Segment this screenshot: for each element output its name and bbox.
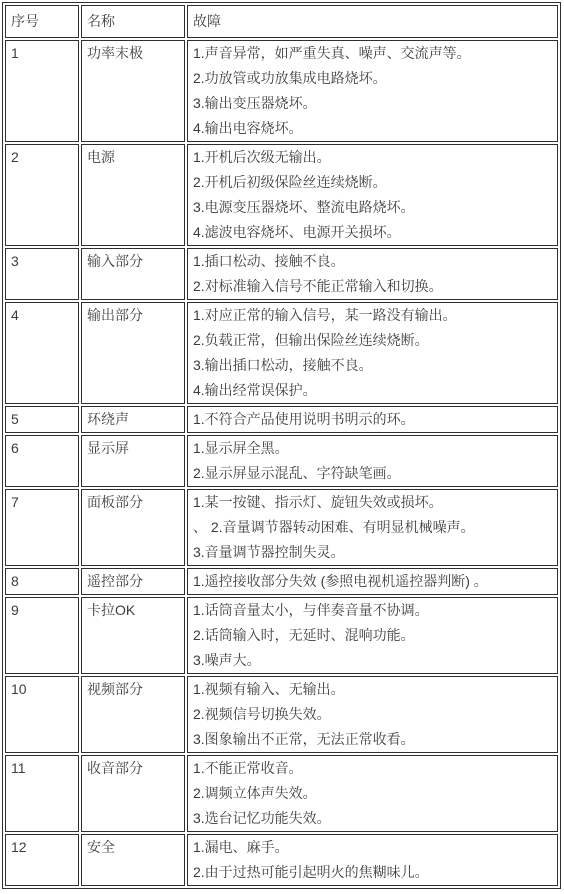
fault-line: 2.功放管或功放集成电路烧坏。 bbox=[193, 69, 552, 88]
serial-number-cell: 11 bbox=[5, 755, 79, 832]
fault-line: 2.调频立体声失效。 bbox=[193, 784, 552, 803]
fault-line: 3.输出插口松动，接触不良。 bbox=[193, 356, 552, 375]
fault-line: 2.开机后初级保险丝连续烧断。 bbox=[193, 173, 552, 192]
component-name-cell: 视频部分 bbox=[81, 676, 185, 753]
faults-cell: 1.插口松动、接触不良。2.对标准输入信号不能正常输入和切换。 bbox=[187, 248, 558, 300]
serial-number-cell: 10 bbox=[5, 676, 79, 753]
fault-line: 1.不能正常收音。 bbox=[193, 759, 552, 778]
table-row: 7 面板部分 1.某一按键、指示灯、旋钮失效或损坏。、 2.音量调节器转动困难、… bbox=[5, 489, 558, 566]
fault-line: 1.插口松动、接触不良。 bbox=[193, 252, 552, 271]
fault-line: 3.噪声大。 bbox=[193, 651, 552, 670]
faults-cell: 1.漏电、麻手。2.由于过热可能引起明火的焦糊味儿。 bbox=[187, 834, 558, 886]
component-name-cell: 环绕声 bbox=[81, 406, 185, 433]
serial-number-text: 12 bbox=[11, 839, 27, 855]
serial-number-text: 8 bbox=[11, 573, 19, 589]
component-name-text: 环绕声 bbox=[87, 411, 129, 427]
serial-number-text: 9 bbox=[11, 602, 19, 618]
serial-number-cell: 8 bbox=[5, 568, 79, 595]
serial-number-text: 6 bbox=[11, 440, 19, 456]
fault-line: 3.图象输出不正常，无法正常收看。 bbox=[193, 730, 552, 749]
component-name-text: 面板部分 bbox=[87, 494, 143, 510]
table-row: 1 功率末极 1.声音异常，如严重失真、噪声、交流声等。2.功放管或功放集成电路… bbox=[5, 40, 558, 142]
component-name-cell: 电源 bbox=[81, 144, 185, 246]
component-name-text: 安全 bbox=[87, 839, 115, 855]
faults-cell: 1.话筒音量太小，与伴奏音量不协调。2.话筒输入时，无延时、混响功能。3.噪声大… bbox=[187, 597, 558, 674]
fault-line: 2.显示屏显示混乱、字符缺笔画。 bbox=[193, 464, 552, 483]
fault-line: 1.漏电、麻手。 bbox=[193, 838, 552, 857]
serial-number-cell: 1 bbox=[5, 40, 79, 142]
header-name: 名称 bbox=[81, 5, 185, 38]
fault-line: 1.开机后次级无输出。 bbox=[193, 148, 552, 167]
fault-line: 3.音量调节器控制失灵。 bbox=[193, 543, 552, 562]
table-row: 3 输入部分 1.插口松动、接触不良。2.对标准输入信号不能正常输入和切换。 bbox=[5, 248, 558, 300]
fault-line: 3.电源变压器烧坏、整流电路烧坏。 bbox=[193, 198, 552, 217]
component-name-text: 视频部分 bbox=[87, 681, 143, 697]
component-name-cell: 面板部分 bbox=[81, 489, 185, 566]
serial-number-text: 2 bbox=[11, 149, 19, 165]
fault-line: 1.对应正常的输入信号，某一路没有输出。 bbox=[193, 306, 552, 325]
faults-cell: 1.显示屏全黑。2.显示屏显示混乱、字符缺笔画。 bbox=[187, 435, 558, 487]
faults-cell: 1.声音异常，如严重失真、噪声、交流声等。2.功放管或功放集成电路烧坏。3.输出… bbox=[187, 40, 558, 142]
serial-number-cell: 12 bbox=[5, 834, 79, 886]
page: 序号 名称 故障 1 功率末极 1.声音异常，如严重失真、噪声、交流声等。2.功… bbox=[0, 0, 564, 894]
fault-line: 2.视频信号切换失效。 bbox=[193, 705, 552, 724]
table-row: 4 输出部分 1.对应正常的输入信号，某一路没有输出。2.负载正常，但输出保险丝… bbox=[5, 302, 558, 404]
serial-number-text: 5 bbox=[11, 411, 19, 427]
component-name-text: 输出部分 bbox=[87, 307, 143, 323]
serial-number-cell: 4 bbox=[5, 302, 79, 404]
faults-cell: 1.不能正常收音。2.调频立体声失效。3.选台记忆功能失效。 bbox=[187, 755, 558, 832]
table-body: 1 功率末极 1.声音异常，如严重失真、噪声、交流声等。2.功放管或功放集成电路… bbox=[5, 40, 558, 886]
faults-cell: 1.开机后次级无输出。2.开机后初级保险丝连续烧断。3.电源变压器烧坏、整流电路… bbox=[187, 144, 558, 246]
table-row: 6 显示屏 1.显示屏全黑。2.显示屏显示混乱、字符缺笔画。 bbox=[5, 435, 558, 487]
table-row: 2 电源 1.开机后次级无输出。2.开机后初级保险丝连续烧断。3.电源变压器烧坏… bbox=[5, 144, 558, 246]
component-name-cell: 安全 bbox=[81, 834, 185, 886]
table-row: 12 安全 1.漏电、麻手。2.由于过热可能引起明火的焦糊味儿。 bbox=[5, 834, 558, 886]
fault-table: 序号 名称 故障 1 功率末极 1.声音异常，如严重失真、噪声、交流声等。2.功… bbox=[2, 2, 561, 889]
serial-number-text: 10 bbox=[11, 681, 27, 697]
component-name-text: 显示屏 bbox=[87, 440, 129, 456]
serial-number-cell: 2 bbox=[5, 144, 79, 246]
component-name-text: 电源 bbox=[87, 149, 115, 165]
table-row: 10 视频部分 1.视频有输入、无输出。2.视频信号切换失效。3.图象输出不正常… bbox=[5, 676, 558, 753]
serial-number-text: 7 bbox=[11, 494, 19, 510]
fault-line: 1.显示屏全黑。 bbox=[193, 439, 552, 458]
faults-cell: 1.遥控接收部分失效 (参照电视机遥控器判断) 。 bbox=[187, 568, 558, 595]
fault-line: 1.遥控接收部分失效 (参照电视机遥控器判断) 。 bbox=[193, 572, 552, 591]
table-row: 5 环绕声 1.不符合产品使用说明书明示的环。 bbox=[5, 406, 558, 433]
fault-line: 2.对标准输入信号不能正常输入和切换。 bbox=[193, 277, 552, 296]
table-row: 11 收音部分 1.不能正常收音。2.调频立体声失效。3.选台记忆功能失效。 bbox=[5, 755, 558, 832]
fault-line: 4.输出经常误保护。 bbox=[193, 381, 552, 400]
serial-number-text: 3 bbox=[11, 253, 19, 269]
component-name-cell: 显示屏 bbox=[81, 435, 185, 487]
serial-number-cell: 9 bbox=[5, 597, 79, 674]
fault-line: 1.话筒音量太小，与伴奏音量不协调。 bbox=[193, 601, 552, 620]
component-name-cell: 输入部分 bbox=[81, 248, 185, 300]
component-name-cell: 收音部分 bbox=[81, 755, 185, 832]
fault-line: 1.某一按键、指示灯、旋钮失效或损坏。 bbox=[193, 493, 552, 512]
faults-cell: 1.视频有输入、无输出。2.视频信号切换失效。3.图象输出不正常，无法正常收看。 bbox=[187, 676, 558, 753]
component-name-text: 收音部分 bbox=[87, 760, 143, 776]
component-name-text: 输入部分 bbox=[87, 253, 143, 269]
fault-line: 2.话筒输入时，无延时、混响功能。 bbox=[193, 626, 552, 645]
fault-line: 1.声音异常，如严重失真、噪声、交流声等。 bbox=[193, 44, 552, 63]
faults-cell: 1.某一按键、指示灯、旋钮失效或损坏。、 2.音量调节器转动困难、有明显机械噪声… bbox=[187, 489, 558, 566]
serial-number-text: 1 bbox=[11, 45, 19, 61]
component-name-cell: 遥控部分 bbox=[81, 568, 185, 595]
fault-line: 4.输出电容烧坏。 bbox=[193, 119, 552, 138]
component-name-cell: 卡拉OK bbox=[81, 597, 185, 674]
component-name-cell: 输出部分 bbox=[81, 302, 185, 404]
fault-line: 4.滤波电容烧坏、电源开关损坏。 bbox=[193, 223, 552, 242]
fault-line: 、 2.音量调节器转动困难、有明显机械噪声。 bbox=[193, 518, 552, 537]
component-name-cell: 功率末极 bbox=[81, 40, 185, 142]
faults-cell: 1.对应正常的输入信号，某一路没有输出。2.负载正常，但输出保险丝连续烧断。3.… bbox=[187, 302, 558, 404]
component-name-text: 功率末极 bbox=[87, 45, 143, 61]
serial-number-cell: 6 bbox=[5, 435, 79, 487]
table-row: 9 卡拉OK 1.话筒音量太小，与伴奏音量不协调。2.话筒输入时，无延时、混响功… bbox=[5, 597, 558, 674]
serial-number-cell: 5 bbox=[5, 406, 79, 433]
fault-line: 2.负载正常，但输出保险丝连续烧断。 bbox=[193, 331, 552, 350]
fault-line: 1.不符合产品使用说明书明示的环。 bbox=[193, 410, 552, 429]
header-fault: 故障 bbox=[187, 5, 558, 38]
fault-line: 3.输出变压器烧坏。 bbox=[193, 94, 552, 113]
serial-number-cell: 3 bbox=[5, 248, 79, 300]
serial-number-cell: 7 bbox=[5, 489, 79, 566]
table-row: 8 遥控部分 1.遥控接收部分失效 (参照电视机遥控器判断) 。 bbox=[5, 568, 558, 595]
header-row: 序号 名称 故障 bbox=[5, 5, 558, 38]
header-serial-number: 序号 bbox=[5, 5, 79, 38]
faults-cell: 1.不符合产品使用说明书明示的环。 bbox=[187, 406, 558, 433]
fault-line: 1.视频有输入、无输出。 bbox=[193, 680, 552, 699]
fault-line: 3.选台记忆功能失效。 bbox=[193, 809, 552, 828]
serial-number-text: 11 bbox=[11, 760, 26, 776]
component-name-text: 卡拉OK bbox=[87, 602, 135, 618]
fault-line: 2.由于过热可能引起明火的焦糊味儿。 bbox=[193, 863, 552, 882]
serial-number-text: 4 bbox=[11, 307, 19, 323]
component-name-text: 遥控部分 bbox=[87, 573, 143, 589]
